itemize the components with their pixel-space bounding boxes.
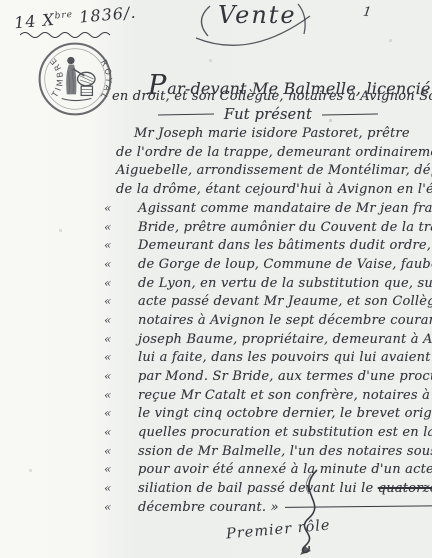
rule-dash (322, 114, 378, 116)
manuscript-line: «ssion de Mr Balmelle, l'un des notaires… (100, 444, 432, 463)
line-text: Agissant comme mandataire de Mr jean fra… (138, 201, 432, 216)
manuscript-line: «le vingt cinq octobre dernier, le breve… (100, 406, 432, 425)
line-text: ssion de Mr Balmelle, l'un des notaires … (138, 444, 432, 459)
manuscript-line: «de Gorge de loup, Commune de Vaise, fau… (100, 257, 432, 276)
manuscript-line: «de Lyon, en vertu de la substitution qu… (100, 276, 432, 295)
quote-mark: « (100, 406, 138, 420)
quote-mark: « (100, 462, 138, 476)
line-text: lui a faite, dans les pouvoirs qui lui a… (138, 350, 432, 365)
quote-mark: « (100, 500, 138, 514)
line-text: Demeurant dans les bâtiments dudit ordre… (138, 238, 432, 253)
line-text: Mr Joseph marie isidore Pastoret, prêtre (134, 126, 410, 141)
fut-present-line: Fut présent (100, 107, 432, 126)
line-text: par Mond. Sr Bride, aux termes d'une pro… (138, 369, 432, 384)
quote-mark: « (100, 257, 138, 271)
manuscript-line: «reçue Mr Catalt et son confrère, notair… (100, 388, 432, 407)
document-page: 14 Xbre 1836/. Vente 1 TIMBRE ROYAL (0, 0, 432, 558)
line-text: de Gorge de loup, Commune de Vaise, faub… (138, 257, 432, 272)
date-month-sup: bre (54, 10, 73, 22)
quote-mark: « (100, 220, 138, 234)
quote-mark: « (100, 444, 138, 458)
manuscript-line: «lui a faite, dans les pouvoirs qui lui … (100, 350, 432, 369)
line-text: de l'ordre de la trappe, demeurant ordin… (116, 145, 432, 160)
stamp-word-left: TIMBRE (46, 54, 65, 99)
manuscript-line: «notaires à Avignon le sept décembre cou… (100, 313, 432, 332)
quote-mark: « (100, 425, 138, 439)
manuscript-line: de l'ordre de la trappe, demeurant ordin… (100, 145, 432, 164)
quote-mark: « (100, 369, 138, 383)
line-text: Bride, prêtre aumônier du Couvent de la … (138, 220, 432, 235)
manuscript-line: en droit, et son Collègue, notaires à Av… (100, 89, 432, 108)
manuscript-body: Par-devant Me Balmelle, licencié en droi… (100, 70, 432, 519)
line-text: Fut présent (224, 107, 312, 123)
line-text: en droit, et son Collègue, notaires à Av… (112, 89, 432, 104)
struck-word: quatorze (378, 481, 432, 496)
line-text: le vingt cinq octobre dernier, le brevet… (138, 406, 432, 421)
page-title: Vente (218, 1, 297, 29)
line-text: reçue Mr Catalt et son confrère, notaire… (138, 388, 432, 403)
page-number: 1 (362, 4, 372, 20)
manuscript-line: «Demeurant dans les bâtiments dudit ordr… (100, 238, 432, 257)
line-text: de la drôme, étant cejourd'hui à Avignon… (116, 182, 432, 197)
paraph-flourish (265, 468, 365, 558)
quote-mark: « (100, 332, 138, 346)
quote-mark: « (100, 238, 138, 252)
manuscript-line: «Bride, prêtre aumônier du Couvent de la… (100, 220, 432, 239)
quote-mark: « (100, 388, 138, 402)
stamp-figure (62, 57, 95, 101)
manuscript-line: «Agissant comme mandataire de Mr jean fr… (100, 201, 432, 220)
quote-mark: « (100, 201, 138, 215)
margin-date: 14 Xbre 1836/. (13, 3, 137, 33)
line-text: quelles procuration et substitution est … (138, 425, 432, 440)
line-text: joseph Baume, propriétaire, demeurant à … (138, 332, 432, 347)
line-text: de Lyon, en vertu de la substitution que… (138, 276, 432, 291)
manuscript-line: Mr Joseph marie isidore Pastoret, prêtre (100, 126, 432, 145)
rule-dash (158, 114, 214, 116)
manuscript-line: «par Mond. Sr Bride, aux termes d'une pr… (100, 369, 432, 388)
quote-mark: « (100, 481, 138, 495)
manuscript-line: «joseph Baume, propriétaire, demeurant à… (100, 332, 432, 351)
manuscript-line: Aiguebelle, arrondissement de Montélimar… (100, 163, 432, 182)
date-year: 1836/. (78, 3, 137, 27)
quote-mark: « (100, 276, 138, 290)
line-text: décembre courant. » (138, 500, 279, 515)
quote-mark: « (100, 294, 138, 308)
manuscript-line: Par-devant Me Balmelle, licencié (100, 70, 432, 89)
line-text: notaires à Avignon le sept décembre cour… (138, 313, 432, 328)
paper-specks (0, 0, 1, 1)
title-block: Vente (188, 0, 318, 52)
quote-mark: « (100, 350, 138, 364)
date-underline-flourish (20, 30, 120, 39)
manuscript-line: de la drôme, étant cejourd'hui à Avignon… (100, 182, 432, 201)
line-text: acte passé devant Mr Jeaume, et son Coll… (138, 294, 432, 309)
manuscript-line: «acte passé devant Mr Jeaume, et son Col… (100, 294, 432, 313)
quote-mark: « (100, 313, 138, 327)
line-text: Aiguebelle, arrondissement de Montélimar… (116, 163, 432, 178)
manuscript-line: «quelles procuration et substitution est… (100, 425, 432, 444)
